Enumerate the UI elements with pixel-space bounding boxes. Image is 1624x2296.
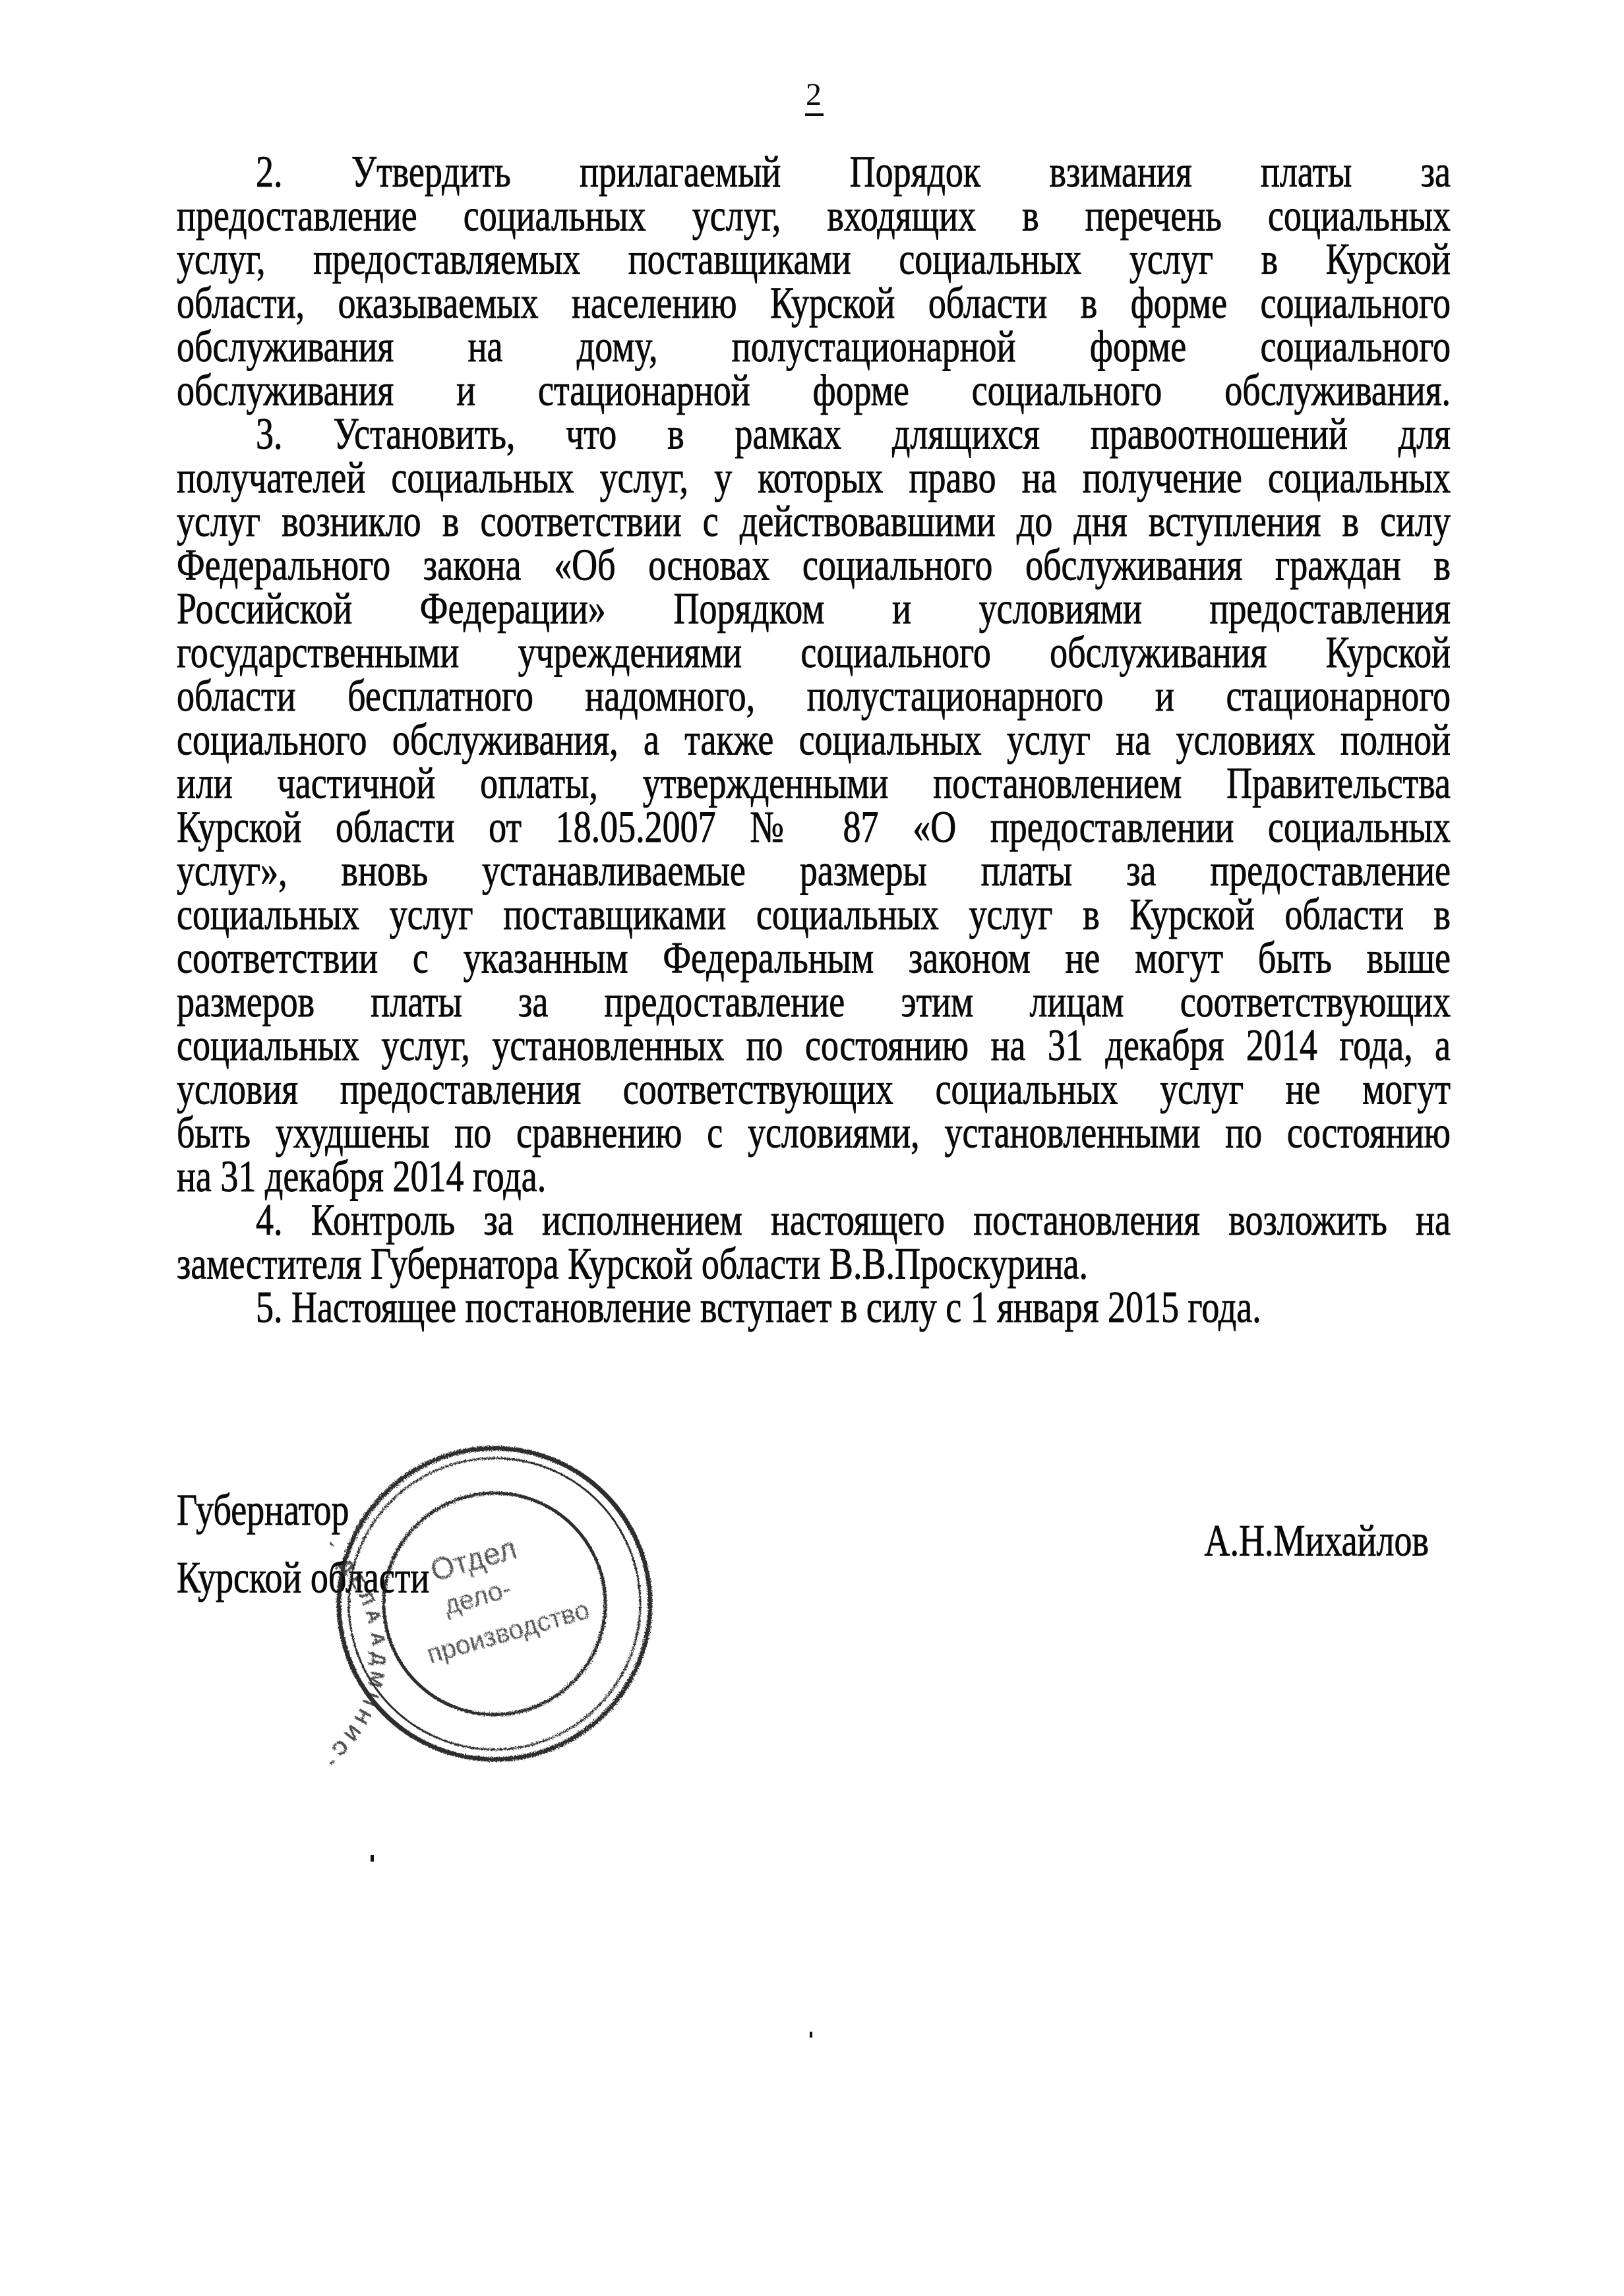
- text-line: 3. Установить, что в рамках длящихся пра…: [177, 413, 1451, 456]
- text-line: услуг, предоставляемых поставщиками соци…: [177, 238, 1451, 281]
- stamp-center-text: Отдел дело- производство: [401, 1516, 592, 1669]
- text-line: 2. Утвердить прилагаемый Порядок взимани…: [177, 150, 1451, 194]
- text-line: 4. Контроль за исполнением настоящего по…: [177, 1198, 1451, 1242]
- round-stamp: АДМИНИСТРАЦИИ КУРСКОЙ ОБЛАСТИ • УПРАВЛЕН…: [330, 1442, 659, 1766]
- text-line: социальных услуг поставщиками социальных…: [177, 893, 1451, 936]
- text-line: Федерального закона «Об основах социальн…: [177, 543, 1451, 587]
- page-number: 2: [177, 79, 1451, 111]
- signature-name: А.Н.Михайлов: [1204, 1519, 1429, 1562]
- text-line: государственными учреждениями социальног…: [177, 631, 1451, 674]
- text-line: соответствии с указанным Федеральным зак…: [177, 937, 1451, 980]
- paragraphs: 2. Утвердить прилагаемый Порядок взимани…: [177, 150, 1451, 1330]
- ink-speck: [371, 1855, 374, 1862]
- text-line: обслуживания на дому, полустационарной ф…: [177, 325, 1451, 368]
- text-line: предоставление социальных услуг, входящи…: [177, 194, 1451, 237]
- text-line: или частичной оплаты, утвержденными пост…: [177, 762, 1451, 806]
- text-line: социального обслуживания, а также социал…: [177, 718, 1451, 761]
- ink-speck: [810, 2032, 812, 2038]
- page-number-underline: [805, 113, 824, 116]
- text-line: услуг», вновь устанавливаемые размеры пл…: [177, 849, 1451, 893]
- scanned-document-page: { "page_number": "2", "paragraphs": [ { …: [0, 0, 1624, 2296]
- text-line: Курской области от 18.05.2007 № 87 «О пр…: [177, 806, 1451, 849]
- document-content: 2. Утвердить прилагаемый Порядок взимани…: [177, 150, 1451, 1600]
- text-line: Российской Федерации» Порядком и условия…: [177, 587, 1451, 631]
- text-line: услуг возникло в соответствии с действов…: [177, 500, 1451, 543]
- text-line: получателей социальных услуг, у которых …: [177, 456, 1451, 500]
- text-line: на 31 декабря 2014 года.: [177, 1155, 1451, 1198]
- text-line: социальных услуг, установленных по состо…: [177, 1024, 1451, 1067]
- text-line: области, оказываемых населению Курской о…: [177, 281, 1451, 325]
- text-line: быть ухудшены по сравнению с условиями, …: [177, 1111, 1451, 1155]
- text-line: размеров платы за предоставление этим ли…: [177, 980, 1451, 1024]
- text-line: обслуживания и стационарной форме социал…: [177, 368, 1451, 412]
- text-line: области бесплатного надомного, полустаци…: [177, 674, 1451, 718]
- text-line: заместителя Губернатора Курской области …: [177, 1242, 1451, 1285]
- text-line: 5. Настоящее постановление вступает в си…: [177, 1286, 1451, 1330]
- text-line: условия предоставления соответствующих с…: [177, 1067, 1451, 1111]
